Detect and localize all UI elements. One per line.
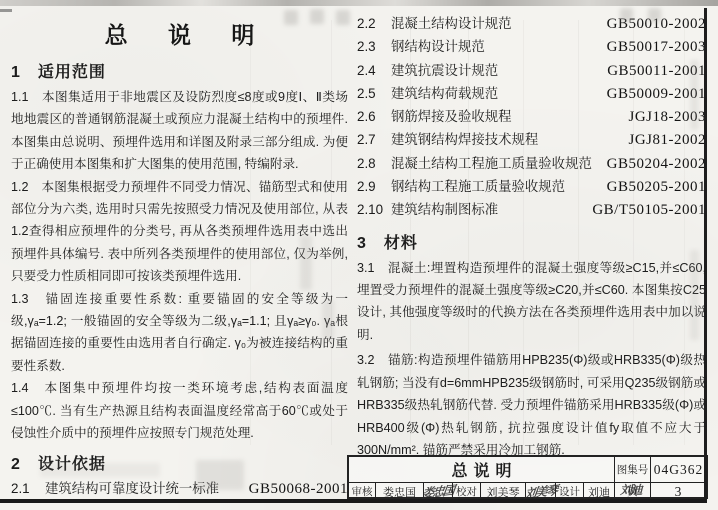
paragraph-1-4: 1.4 本图集中预埋件均按一类环境考虑,结构表面温度≤100℃. 当有生产热源且… — [11, 377, 348, 444]
standard-number: 2.4 — [357, 63, 391, 78]
standard-label: 建筑结构可靠度设计统一标准 — [45, 478, 219, 497]
standard-number: 2.10 — [357, 202, 391, 217]
standard-code: GB50009-2001 — [607, 86, 706, 103]
standard-code: GB/T50105-2001 — [592, 202, 706, 219]
standard-item: 2.1 建筑结构可靠度设计统一标准 GB50068-2001 — [11, 478, 348, 501]
standard-label: 混凝土结构工程施工质量验收规范 — [391, 153, 592, 172]
paragraph-3-2: 3.2 锚筋:构造预埋件锚筋用HPB235(Φ)级或HRB335(Φ)级热轧钢筋… — [357, 349, 706, 461]
checker-role-label: 校对 — [452, 482, 480, 500]
paragraph-1-1: 1.1 本图集适用于非地震区及设防烈度≤8度或9度Ⅰ、Ⅱ类场地地震区的普通钢筋混… — [11, 86, 348, 176]
titleblock-sheet-title: 总说明 — [349, 457, 614, 482]
standard-label: 建筑结构制图标准 — [391, 199, 498, 218]
title-block: 总说明 图集号 04G362 审核 娄忠国 娄忠国 校对 刘美琴 刘美琴 设计 … — [347, 455, 708, 499]
standard-number: 2.1 — [11, 481, 45, 496]
standard-number: 2.6 — [357, 109, 391, 124]
checker-signature: 刘美琴 — [525, 482, 555, 500]
left-column: 总 说 明 1 适用范围 1.1 本图集适用于非地震区及设防烈度≤8度或9度Ⅰ、… — [11, 10, 348, 501]
section-heading-scope: 1 适用范围 — [11, 59, 348, 82]
standard-code: GB50205-2001 — [607, 179, 706, 196]
scan-edge-top — [0, 0, 718, 6]
document-page: 总 说 明 1 适用范围 1.1 本图集适用于非地震区及设防烈度≤8度或9度Ⅰ、… — [0, 0, 718, 510]
standard-code: GB50011-2001 — [607, 63, 706, 80]
atlas-number-value: 04G362 — [650, 457, 706, 482]
standard-label: 钢筋焊接及验收规程 — [391, 106, 512, 125]
section-heading-materials: 3 材料 — [357, 230, 706, 253]
standard-code: GB50068-2001 — [249, 481, 348, 498]
reviewer-role-label: 审核 — [349, 482, 375, 500]
standard-item: 2.5建筑结构荷载规范GB50009-2001 — [357, 83, 706, 106]
paragraph-1-2: 1.2 本图集根据受力预埋件不同受力情况、锚筋型式和使用部位分为六类, 选用时只… — [11, 176, 348, 288]
standard-number: 2.2 — [357, 16, 391, 31]
section-heading-design-basis: 2 设计依据 — [11, 451, 348, 474]
standard-label: 钢结构设计规范 — [391, 36, 485, 55]
standard-label: 建筑结构荷载规范 — [391, 83, 498, 102]
standard-item: 2.3钢结构设计规范GB50017-2003 — [357, 36, 706, 59]
standard-item: 2.9钢结构工程施工质量验收规范GB50205-2001 — [357, 176, 706, 199]
standard-item: 2.2混凝土结构设计规范GB50010-2002 — [357, 13, 706, 36]
right-column: 2.2混凝土结构设计规范GB50010-2002 2.3钢结构设计规范GB500… — [357, 13, 706, 461]
paragraph-1-3: 1.3 锚固连接重要性系数: 重要锚固的安全等级为一级,γₐ=1.2; 一般锚固… — [11, 288, 348, 378]
designer-role-label: 设计 — [555, 482, 583, 500]
standard-number: 2.8 — [357, 156, 391, 171]
atlas-number-label: 图集号 — [614, 457, 650, 482]
page-title: 总 说 明 — [11, 17, 348, 50]
standard-code: GB50204-2002 — [607, 156, 706, 173]
page-number: 3 — [650, 482, 706, 500]
standard-item: 2.10建筑结构制图标准GB/T50105-2001 — [357, 199, 706, 222]
page-label: 页 — [614, 482, 650, 500]
standard-label: 建筑钢结构焊接技术规程 — [391, 129, 538, 148]
standard-code: GB50017-2003 — [607, 39, 706, 56]
paragraph-3-1: 3.1 混凝土:埋置构造预埋件的混凝土强度等级≥C15,并≤C60, 埋置受力预… — [357, 257, 706, 347]
standard-number: 2.9 — [357, 179, 391, 194]
standard-code: JGJ81-2002 — [628, 132, 706, 149]
reviewer-signature: 娄忠国 — [423, 482, 452, 500]
checker-name: 刘美琴 — [480, 482, 525, 500]
standard-label: 混凝土结构设计规范 — [391, 13, 512, 32]
standard-number: 2.5 — [357, 86, 391, 101]
reviewer-name: 娄忠国 — [375, 482, 423, 500]
standard-item: 2.6钢筋焊接及验收规程JGJ18-2003 — [357, 106, 706, 129]
standard-code: GB50010-2002 — [607, 16, 706, 33]
standard-code: JGJ18-2003 — [628, 109, 706, 126]
standard-number: 2.7 — [357, 132, 391, 147]
standard-label: 建筑抗震设计规范 — [391, 60, 498, 79]
standard-number: 2.3 — [357, 39, 391, 54]
standard-item: 2.8混凝土结构工程施工质量验收规范GB50204-2002 — [357, 153, 706, 176]
standard-label: 钢结构工程施工质量验收规范 — [391, 176, 565, 195]
standard-item: 2.7建筑钢结构焊接技术规程JGJ81-2002 — [357, 129, 706, 152]
designer-name: 刘迪 — [583, 482, 614, 500]
standard-item: 2.4建筑抗震设计规范GB50011-2001 — [357, 60, 706, 83]
